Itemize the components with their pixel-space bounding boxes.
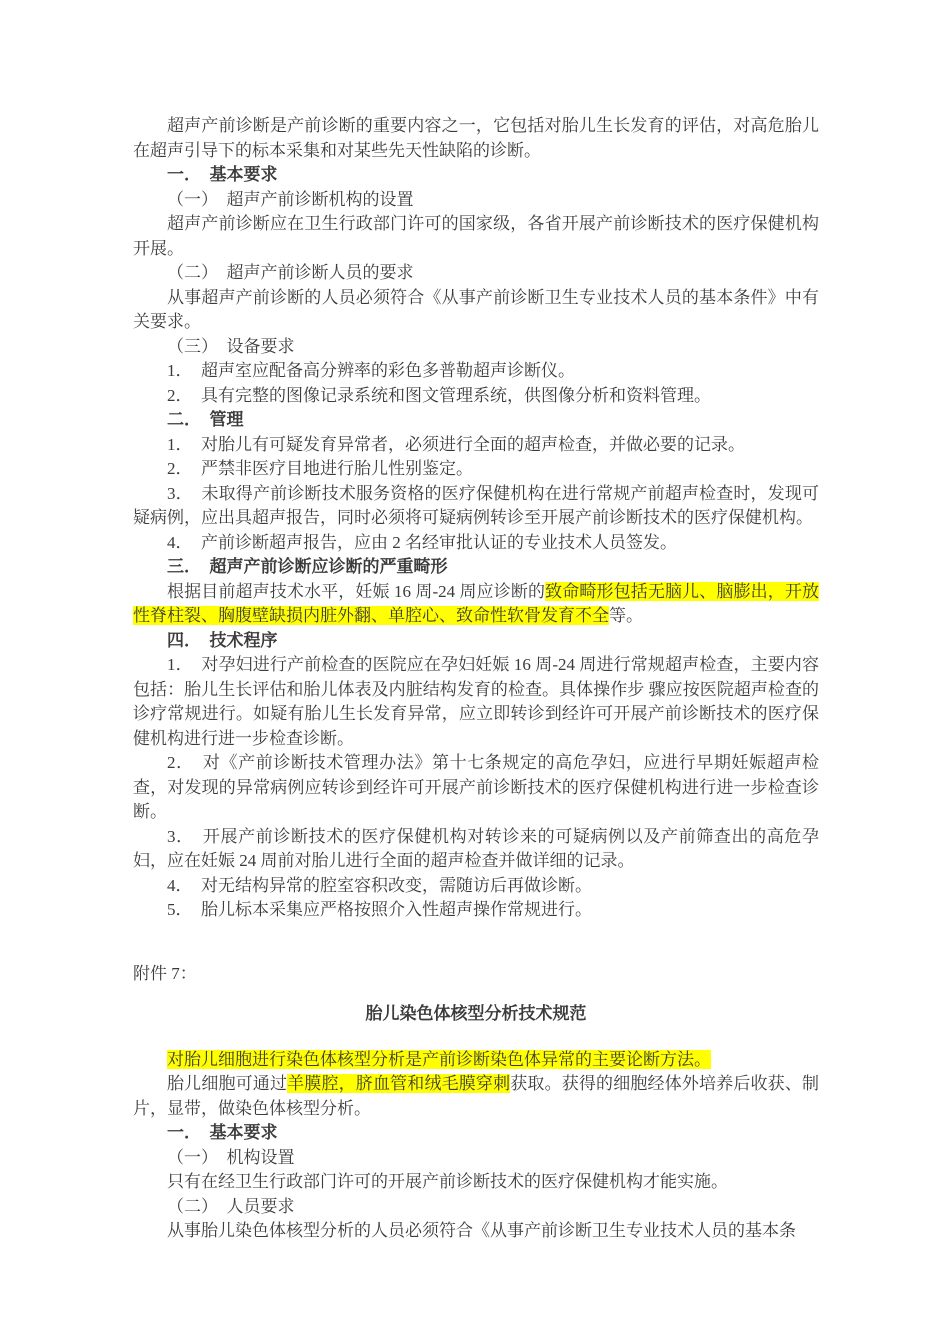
text-segment: 一． 基本要求 [167,165,278,184]
text-segment: 超声产前诊断应在卫生行政部门许可的国家级，各省开展产前诊断技术的医疗保健机构开展… [133,214,819,258]
section-heading: 一． 基本要求 [133,1121,819,1146]
document-page: 超声产前诊断是产前诊断的重要内容之一，它包括对胎儿生长发育的评估，对高危胎儿在超… [0,0,944,1336]
text-segment: 胎儿细胞可通过 [167,1074,287,1093]
text-segment: 从事胎儿染色体核型分析的人员必须符合《从事产前诊断卫生专业技术人员的基本条 [167,1221,796,1240]
text-segment: 三． 超声产前诊断应诊断的严重畸形 [167,557,448,576]
text-segment: 2． 对《产前诊断技术管理办法》第十七条规定的高危孕妇，应进行早期妊娠超声检查，… [133,753,819,821]
text-segment: （一） 超声产前诊断机构的设置 [167,190,414,209]
text-segment: 1． 超声室应配备高分辨率的彩色多普勒超声诊断仪。 [167,361,575,380]
paragraph: 1． 超声室应配备高分辨率的彩色多普勒超声诊断仪。 [133,359,819,384]
text-segment: 二． 管理 [167,410,244,429]
text-segment: 四． 技术程序 [167,631,278,650]
paragraph: （一） 超声产前诊断机构的设置 [133,188,819,213]
paragraph: 5． 胎儿标本采集应严格按照介入性超声操作常规进行。 [133,898,819,923]
text-segment: 附件 7： [133,964,197,983]
text-segment: 超声产前诊断是产前诊断的重要内容之一，它包括对胎儿生长发育的评估，对高危胎儿在超… [133,116,819,160]
paragraph: 超声产前诊断是产前诊断的重要内容之一，它包括对胎儿生长发育的评估，对高危胎儿在超… [133,114,819,163]
section-heading: 一． 基本要求 [133,163,819,188]
paragraph: 超声产前诊断应在卫生行政部门许可的国家级，各省开展产前诊断技术的医疗保健机构开展… [133,212,819,261]
section-heading: 三． 超声产前诊断应诊断的严重畸形 [133,555,819,580]
paragraph: 2． 严禁非医疗目地进行胎儿性别鉴定。 [133,457,819,482]
paragraph: 3． 开展产前诊断技术的医疗保健机构对转诊来的可疑病例以及产前筛查出的高危孕妇，… [133,825,819,874]
attachment-label: 附件 7： [133,962,819,987]
paragraph: 2． 具有完整的图像记录系统和图文管理系统，供图像分析和资料管理。 [133,384,819,409]
paragraph: 4． 对无结构异常的腔室容积改变，需随访后再做诊断。 [133,874,819,899]
paragraph: 胎儿细胞可通过羊膜腔，脐血管和绒毛膜穿刺获取。获得的细胞经体外培养后收获、制片，… [133,1072,819,1121]
paragraph: （三） 设备要求 [133,335,819,360]
paragraph: （二） 超声产前诊断人员的要求 [133,261,819,286]
text-segment: 1． 对孕妇进行产前检查的医院应在孕妇妊娠 16 周-24 周进行常规超声检查，… [133,655,819,748]
paragraph: （一） 机构设置 [133,1146,819,1171]
text-segment: 胎儿染色体核型分析技术规范 [366,1004,587,1023]
paragraph: 1． 对胎儿有可疑发育异常者，必须进行全面的超声检查，并做必要的记录。 [133,433,819,458]
paragraph: 3． 未取得产前诊断技术服务资格的医疗保健机构在进行常规产前超声检查时，发现可疑… [133,482,819,531]
text-segment: （二） 超声产前诊断人员的要求 [167,263,414,282]
section-heading: 四． 技术程序 [133,629,819,654]
text-segment: （三） 设备要求 [167,337,295,356]
text-segment: 5． 胎儿标本采集应严格按照介入性超声操作常规进行。 [167,900,592,919]
highlighted-text: 对胎儿细胞进行染色体核型分析是产前诊断染色体异常的主要论断方法。 [167,1050,711,1069]
document-title: 胎儿染色体核型分析技术规范 [133,1002,819,1027]
text-segment: 只有在经卫生行政部门许可的开展产前诊断技术的医疗保健机构才能实施。 [167,1172,728,1191]
text-segment: 1． 对胎儿有可疑发育异常者，必须进行全面的超声检查，并做必要的记录。 [167,435,745,454]
text-segment: 2． 具有完整的图像记录系统和图文管理系统，供图像分析和资料管理。 [167,386,711,405]
paragraph: （二） 人员要求 [133,1195,819,1220]
paragraph: 4． 产前诊断超声报告，应由 2 名经审批认证的专业技术人员签发。 [133,531,819,556]
text-segment: （一） 机构设置 [167,1148,295,1167]
paragraph: 根据目前超声技术水平，妊娠 16 周-24 周应诊断的致命畸形包括无脑儿、脑膨出… [133,580,819,629]
text-segment: 2． 严禁非医疗目地进行胎儿性别鉴定。 [167,459,473,478]
section-heading: 二． 管理 [133,408,819,433]
text-segment: 根据目前超声技术水平，妊娠 16 周-24 周应诊断的 [167,582,545,601]
text-segment: （二） 人员要求 [167,1197,295,1216]
paragraph: 2． 对《产前诊断技术管理办法》第十七条规定的高危孕妇，应进行早期妊娠超声检查，… [133,751,819,825]
text-segment: 4． 对无结构异常的腔室容积改变，需随访后再做诊断。 [167,876,592,895]
text-segment: 3． 开展产前诊断技术的医疗保健机构对转诊来的可疑病例以及产前筛查出的高危孕妇，… [133,827,819,871]
highlighted-text: 羊膜腔，脐血管和绒毛膜穿刺 [287,1074,510,1093]
text-segment: 4． 产前诊断超声报告，应由 2 名经审批认证的专业技术人员签发。 [167,533,677,552]
text-segment: 3． 未取得产前诊断技术服务资格的医疗保健机构在进行常规产前超声检查时，发现可疑… [133,484,819,528]
text-segment: 一． 基本要求 [167,1123,278,1142]
paragraph: 从事超声产前诊断的人员必须符合《从事产前诊断卫生专业技术人员的基本条件》中有关要… [133,286,819,335]
paragraph: 对胎儿细胞进行染色体核型分析是产前诊断染色体异常的主要论断方法。 [133,1048,819,1073]
document-content: 超声产前诊断是产前诊断的重要内容之一，它包括对胎儿生长发育的评估，对高危胎儿在超… [133,114,819,1244]
text-segment: 等。 [609,606,643,625]
paragraph: 1． 对孕妇进行产前检查的医院应在孕妇妊娠 16 周-24 周进行常规超声检查，… [133,653,819,751]
paragraph: 只有在经卫生行政部门许可的开展产前诊断技术的医疗保健机构才能实施。 [133,1170,819,1195]
paragraph: 从事胎儿染色体核型分析的人员必须符合《从事产前诊断卫生专业技术人员的基本条 [133,1219,819,1244]
text-segment: 从事超声产前诊断的人员必须符合《从事产前诊断卫生专业技术人员的基本条件》中有关要… [133,288,819,332]
